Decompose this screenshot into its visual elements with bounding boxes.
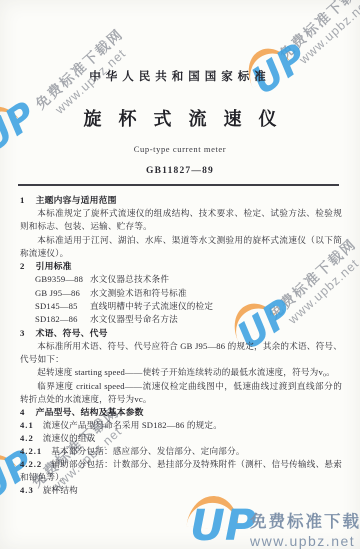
clause-text: 旋杯结构 bbox=[43, 485, 78, 495]
reference-item: SD182—86水文仪器型号命名方法 bbox=[35, 313, 342, 326]
document-body: 1主题内容与适用范围 本标准规定了旋杯式流速仪的组成结构、技术要求、检定、试验方… bbox=[20, 194, 342, 497]
watermark-site-name: 免费标准下载网 bbox=[250, 508, 360, 532]
section-number: 4 bbox=[20, 407, 25, 417]
paragraph: 本标准所用术语、符号、代号应符合 GB J95—86 的规定，其余的术语、符号、… bbox=[20, 340, 342, 366]
section-number: 3 bbox=[20, 328, 25, 338]
reference-code: SD182—86 bbox=[35, 313, 90, 326]
reference-item: GB9359—88水文仪器总技术条件 bbox=[35, 273, 342, 286]
term-definition: 起转速度 starting speed——使转子开始连续转动的最低水流速度，符号… bbox=[20, 366, 342, 379]
section-heading-text: 引用标准 bbox=[36, 261, 72, 271]
clause-text: 流速仪的组成 bbox=[43, 433, 96, 443]
paragraph: 本标准规定了旋杯式流速仪的组成结构、技术要求、检定、试验方法、检验规则和标志、包… bbox=[20, 207, 342, 233]
term-definition: 临界速度 critical speed——流速仪检定曲线图中，低速曲线过渡到直线… bbox=[20, 380, 342, 406]
section-2-heading: 2引用标准 bbox=[20, 260, 342, 273]
clause-item: 4.2.1基本部分包括：感应部分、发信部分、定向部分。 bbox=[20, 445, 342, 458]
clause-item: 4.3旋杯结构 bbox=[20, 484, 342, 497]
section-number: 1 bbox=[20, 195, 25, 205]
section-heading-text: 产品型号、结构及基本参数 bbox=[36, 407, 144, 417]
reference-item: SD145—85直线明槽中转子式流速仪的检定 bbox=[35, 300, 342, 313]
document-title: 旋杯式流速仪 bbox=[0, 105, 360, 131]
reference-code: SD145—85 bbox=[35, 300, 90, 313]
clause-number: 4.2 bbox=[20, 433, 34, 443]
section-number: 2 bbox=[20, 261, 25, 271]
clause-text: 辅助部分包括：计数部分、悬挂部分及特殊附件（测杆、信号传输线、悬索和铅鱼等）。 bbox=[20, 459, 342, 482]
clause-number: 4.2.2 bbox=[20, 459, 42, 469]
logo-text: UP bbox=[190, 500, 256, 549]
clause-text: 流速仪产品型号命名采用 SD182—86 的规定。 bbox=[43, 420, 222, 430]
document-header: 中华人民共和国国家标准 旋杯式流速仪 Cup-type current mete… bbox=[0, 0, 360, 176]
reference-title: 水文仪器总技术条件 bbox=[90, 274, 169, 284]
watermark-brand-block: 免费标准下载网 www.upbz.net bbox=[250, 508, 360, 549]
clause-number: 4.1 bbox=[20, 420, 34, 430]
paragraph: 本标准适用于江河、湖泊、水库、渠道等水文测验用的旋杯式流速仪（以下简称流速仪）。 bbox=[20, 234, 342, 260]
document-page: 免费标准下载网 www.upbz.net UP 免费标准下载网 www.upbz… bbox=[0, 0, 360, 549]
section-heading-text: 主题内容与适用范围 bbox=[36, 195, 117, 205]
national-standard-label: 中华人民共和国国家标准 bbox=[0, 68, 360, 84]
document-title-english: Cup-type current meter bbox=[0, 144, 360, 154]
reference-item: GB J95—86水文测验术语和符号标准 bbox=[35, 287, 342, 300]
clause-item: 4.1流速仪产品型号命名采用 SD182—86 的规定。 bbox=[20, 419, 342, 432]
clause-text: 基本部分包括：感应部分、发信部分、定向部分。 bbox=[51, 446, 244, 456]
reference-title: 水文仪器型号命名方法 bbox=[90, 314, 178, 324]
watermark-site-url: www.upbz.net bbox=[250, 533, 360, 549]
reference-title: 水文测验术语和符号标准 bbox=[90, 288, 187, 298]
clause-number: 4.2.1 bbox=[20, 446, 42, 456]
clause-item: 4.2.2辅助部分包括：计数部分、悬挂部分及特殊附件（测杆、信号传输线、悬索和铅… bbox=[20, 458, 342, 484]
section-1-heading: 1主题内容与适用范围 bbox=[20, 194, 342, 207]
section-4-heading: 4产品型号、结构及基本参数 bbox=[20, 406, 342, 419]
upbz-logo-bottomright: UP bbox=[187, 499, 251, 549]
clause-item: 4.2流速仪的组成 bbox=[20, 432, 342, 445]
reference-list: GB9359—88水文仪器总技术条件 GB J95—86水文测验术语和符号标准 … bbox=[20, 273, 342, 327]
clause-number: 4.3 bbox=[20, 485, 34, 495]
header-rule bbox=[18, 184, 339, 186]
section-3-heading: 3术语、符号、代号 bbox=[20, 327, 342, 340]
logo-swoosh-icon bbox=[0, 446, 21, 494]
section-heading-text: 术语、符号、代号 bbox=[36, 328, 108, 338]
reference-title: 直线明槽中转子式流速仪的检定 bbox=[90, 301, 213, 311]
reference-code: GB9359—88 bbox=[35, 273, 90, 286]
reference-code: GB J95—86 bbox=[35, 287, 90, 300]
standard-code: GB11827—89 bbox=[0, 166, 360, 176]
logo-swoosh-icon bbox=[186, 493, 241, 531]
